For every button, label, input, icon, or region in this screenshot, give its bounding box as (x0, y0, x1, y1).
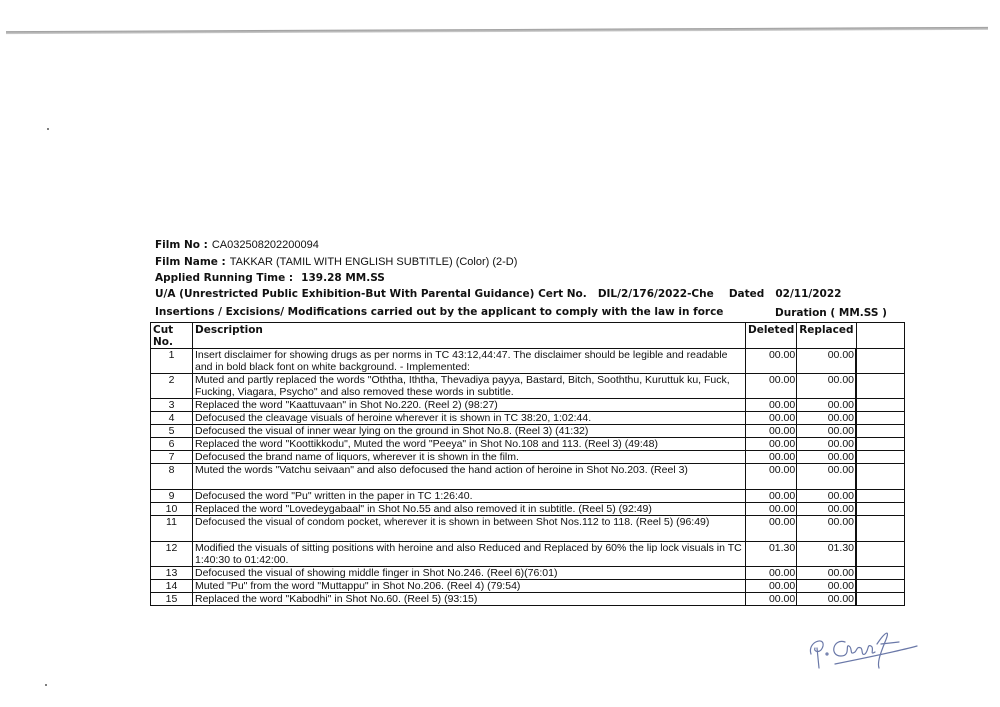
cut-description: Muted the words "Vatchu seivaan" and als… (193, 464, 746, 490)
cut-number: 8 (151, 464, 193, 490)
cut-description: Muted and partly replaced the words "Oth… (193, 374, 746, 399)
cut-description: Defocused the brand name of liquors, whe… (193, 451, 746, 464)
film-no-line: Film No :CA032508202200094 (155, 239, 319, 251)
dated-label: Dated (729, 288, 764, 300)
header-cut-no: Cut No. (151, 323, 193, 349)
cut-description: Replaced the word "Kabodhi" in Shot No.6… (193, 593, 746, 606)
running-time-line: Applied Running Time : 139.28 MM.SS (155, 272, 385, 284)
header-blank (856, 323, 904, 349)
section-title: Insertions / Excisions/ Modifications ca… (155, 306, 723, 318)
cut-number: 1 (151, 349, 193, 374)
blank-cell (856, 349, 904, 374)
cut-number: 3 (151, 399, 193, 412)
replaced-duration: 00.00 (797, 516, 856, 542)
blank-cell (856, 425, 904, 438)
cut-description: Modified the visuals of sitting position… (193, 542, 746, 567)
blank-cell (856, 542, 904, 567)
deleted-duration: 00.00 (746, 374, 797, 399)
blank-cell (856, 567, 904, 580)
deleted-duration: 00.00 (746, 490, 797, 503)
replaced-duration: 00.00 (797, 567, 856, 580)
replaced-duration: 00.00 (797, 580, 856, 593)
deleted-duration: 00.00 (746, 438, 797, 451)
blank-cell (856, 412, 904, 425)
cut-number: 4 (151, 412, 193, 425)
replaced-duration: 00.00 (797, 490, 856, 503)
scanned-page-top-edge (6, 27, 988, 34)
blank-cell (856, 593, 904, 606)
cut-number: 6 (151, 438, 193, 451)
blank-cell (856, 464, 904, 490)
table-header-row: Cut No. Description Deleted Replaced (151, 323, 905, 349)
film-name-label: Film Name : (155, 256, 226, 268)
header-replaced: Replaced (797, 323, 856, 349)
deleted-duration: 00.00 (746, 412, 797, 425)
deleted-duration: 00.00 (746, 516, 797, 542)
dated-value: 02/11/2022 (775, 288, 841, 300)
running-time-label: Applied Running Time : (155, 272, 293, 284)
table-row: 4Defocused the cleavage visuals of heroi… (151, 412, 905, 425)
table-row: 11Defocused the visual of condom pocket,… (151, 516, 905, 542)
replaced-duration: 00.00 (797, 412, 856, 425)
table-row: 7Defocused the brand name of liquors, wh… (151, 451, 905, 464)
cut-description: Insert disclaimer for showing drugs as p… (193, 349, 746, 374)
certificate-line: U/A (Unrestricted Public Exhibition-But … (155, 288, 841, 300)
cut-number: 14 (151, 580, 193, 593)
blank-cell (856, 399, 904, 412)
deleted-duration: 00.00 (746, 593, 797, 606)
cut-number: 7 (151, 451, 193, 464)
cut-description: Replaced the word "Lovedeygabaal" in Sho… (193, 503, 746, 516)
signature-icon (805, 622, 925, 672)
deleted-duration: 00.00 (746, 580, 797, 593)
table-row: 8Muted the words "Vatchu seivaan" and al… (151, 464, 905, 490)
scan-speck (45, 684, 47, 686)
replaced-duration: 00.00 (797, 399, 856, 412)
cut-description: Replaced the word "Koottikkodu", Muted t… (193, 438, 746, 451)
table-row: 9Defocused the word "Pu" written in the … (151, 490, 905, 503)
replaced-duration: 00.00 (797, 451, 856, 464)
table-row: 1Insert disclaimer for showing drugs as … (151, 349, 905, 374)
cut-number: 15 (151, 593, 193, 606)
blank-cell (856, 374, 904, 399)
cut-number: 10 (151, 503, 193, 516)
replaced-duration: 00.00 (797, 464, 856, 490)
header-deleted: Deleted (746, 323, 797, 349)
table-row: 13Defocused the visual of showing middle… (151, 567, 905, 580)
table-row: 2Muted and partly replaced the words "Ot… (151, 374, 905, 399)
replaced-duration: 00.00 (797, 593, 856, 606)
table-row: 12Modified the visuals of sitting positi… (151, 542, 905, 567)
replaced-duration: 00.00 (797, 374, 856, 399)
deleted-duration: 00.00 (746, 399, 797, 412)
table-row: 14Muted "Pu" from the word "Muttappu" in… (151, 580, 905, 593)
cut-number: 5 (151, 425, 193, 438)
deleted-duration: 00.00 (746, 349, 797, 374)
replaced-duration: 00.00 (797, 503, 856, 516)
table-row: 3Replaced the word "Kaattuvaan" in Shot … (151, 399, 905, 412)
blank-cell (856, 490, 904, 503)
scan-speck (47, 128, 49, 130)
cut-description: Defocused the visual of showing middle f… (193, 567, 746, 580)
certificate-category: U/A (Unrestricted Public Exhibition-But … (155, 288, 587, 300)
cut-description: Defocused the visual of inner wear lying… (193, 425, 746, 438)
replaced-duration: 00.00 (797, 425, 856, 438)
deleted-duration: 00.00 (746, 503, 797, 516)
deleted-duration: 00.00 (746, 425, 797, 438)
table-row: 10Replaced the word "Lovedeygabaal" in S… (151, 503, 905, 516)
certificate-number: DIL/2/176/2022-Che (598, 288, 714, 300)
deleted-duration: 00.00 (746, 567, 797, 580)
film-name-value: TAKKAR (TAMIL WITH ENGLISH SUBTITLE) (Co… (230, 256, 518, 268)
header-description: Description (193, 323, 746, 349)
cut-description: Defocused the cleavage visuals of heroin… (193, 412, 746, 425)
cut-number: 9 (151, 490, 193, 503)
film-no-value: CA032508202200094 (212, 239, 319, 251)
replaced-duration: 01.30 (797, 542, 856, 567)
blank-cell (856, 451, 904, 464)
deleted-duration: 00.00 (746, 451, 797, 464)
replaced-duration: 00.00 (797, 438, 856, 451)
cut-number: 2 (151, 374, 193, 399)
running-time-value: 139.28 MM.SS (301, 272, 385, 284)
cut-description: Muted "Pu" from the word "Muttappu" in S… (193, 580, 746, 593)
cut-number: 11 (151, 516, 193, 542)
film-name-line: Film Name :TAKKAR (TAMIL WITH ENGLISH SU… (155, 256, 517, 268)
cut-description: Replaced the word "Kaattuvaan" in Shot N… (193, 399, 746, 412)
blank-cell (856, 503, 904, 516)
blank-cell (856, 516, 904, 542)
table-row: 15Replaced the word "Kabodhi" in Shot No… (151, 593, 905, 606)
deleted-duration: 00.00 (746, 464, 797, 490)
cut-number: 12 (151, 542, 193, 567)
table-row: 5Defocused the visual of inner wear lyin… (151, 425, 905, 438)
cut-description: Defocused the visual of condom pocket, w… (193, 516, 746, 542)
blank-cell (856, 438, 904, 451)
cuts-table: Cut No. Description Deleted Replaced 1In… (150, 322, 905, 606)
cuts-table-body: 1Insert disclaimer for showing drugs as … (151, 349, 905, 606)
deleted-duration: 01.30 (746, 542, 797, 567)
film-no-label: Film No : (155, 239, 208, 251)
table-row: 6Replaced the word "Koottikkodu", Muted … (151, 438, 905, 451)
duration-label: Duration ( MM.SS ) (775, 307, 887, 319)
replaced-duration: 00.00 (797, 349, 856, 374)
cut-description: Defocused the word "Pu" written in the p… (193, 490, 746, 503)
blank-cell (856, 580, 904, 593)
cut-number: 13 (151, 567, 193, 580)
